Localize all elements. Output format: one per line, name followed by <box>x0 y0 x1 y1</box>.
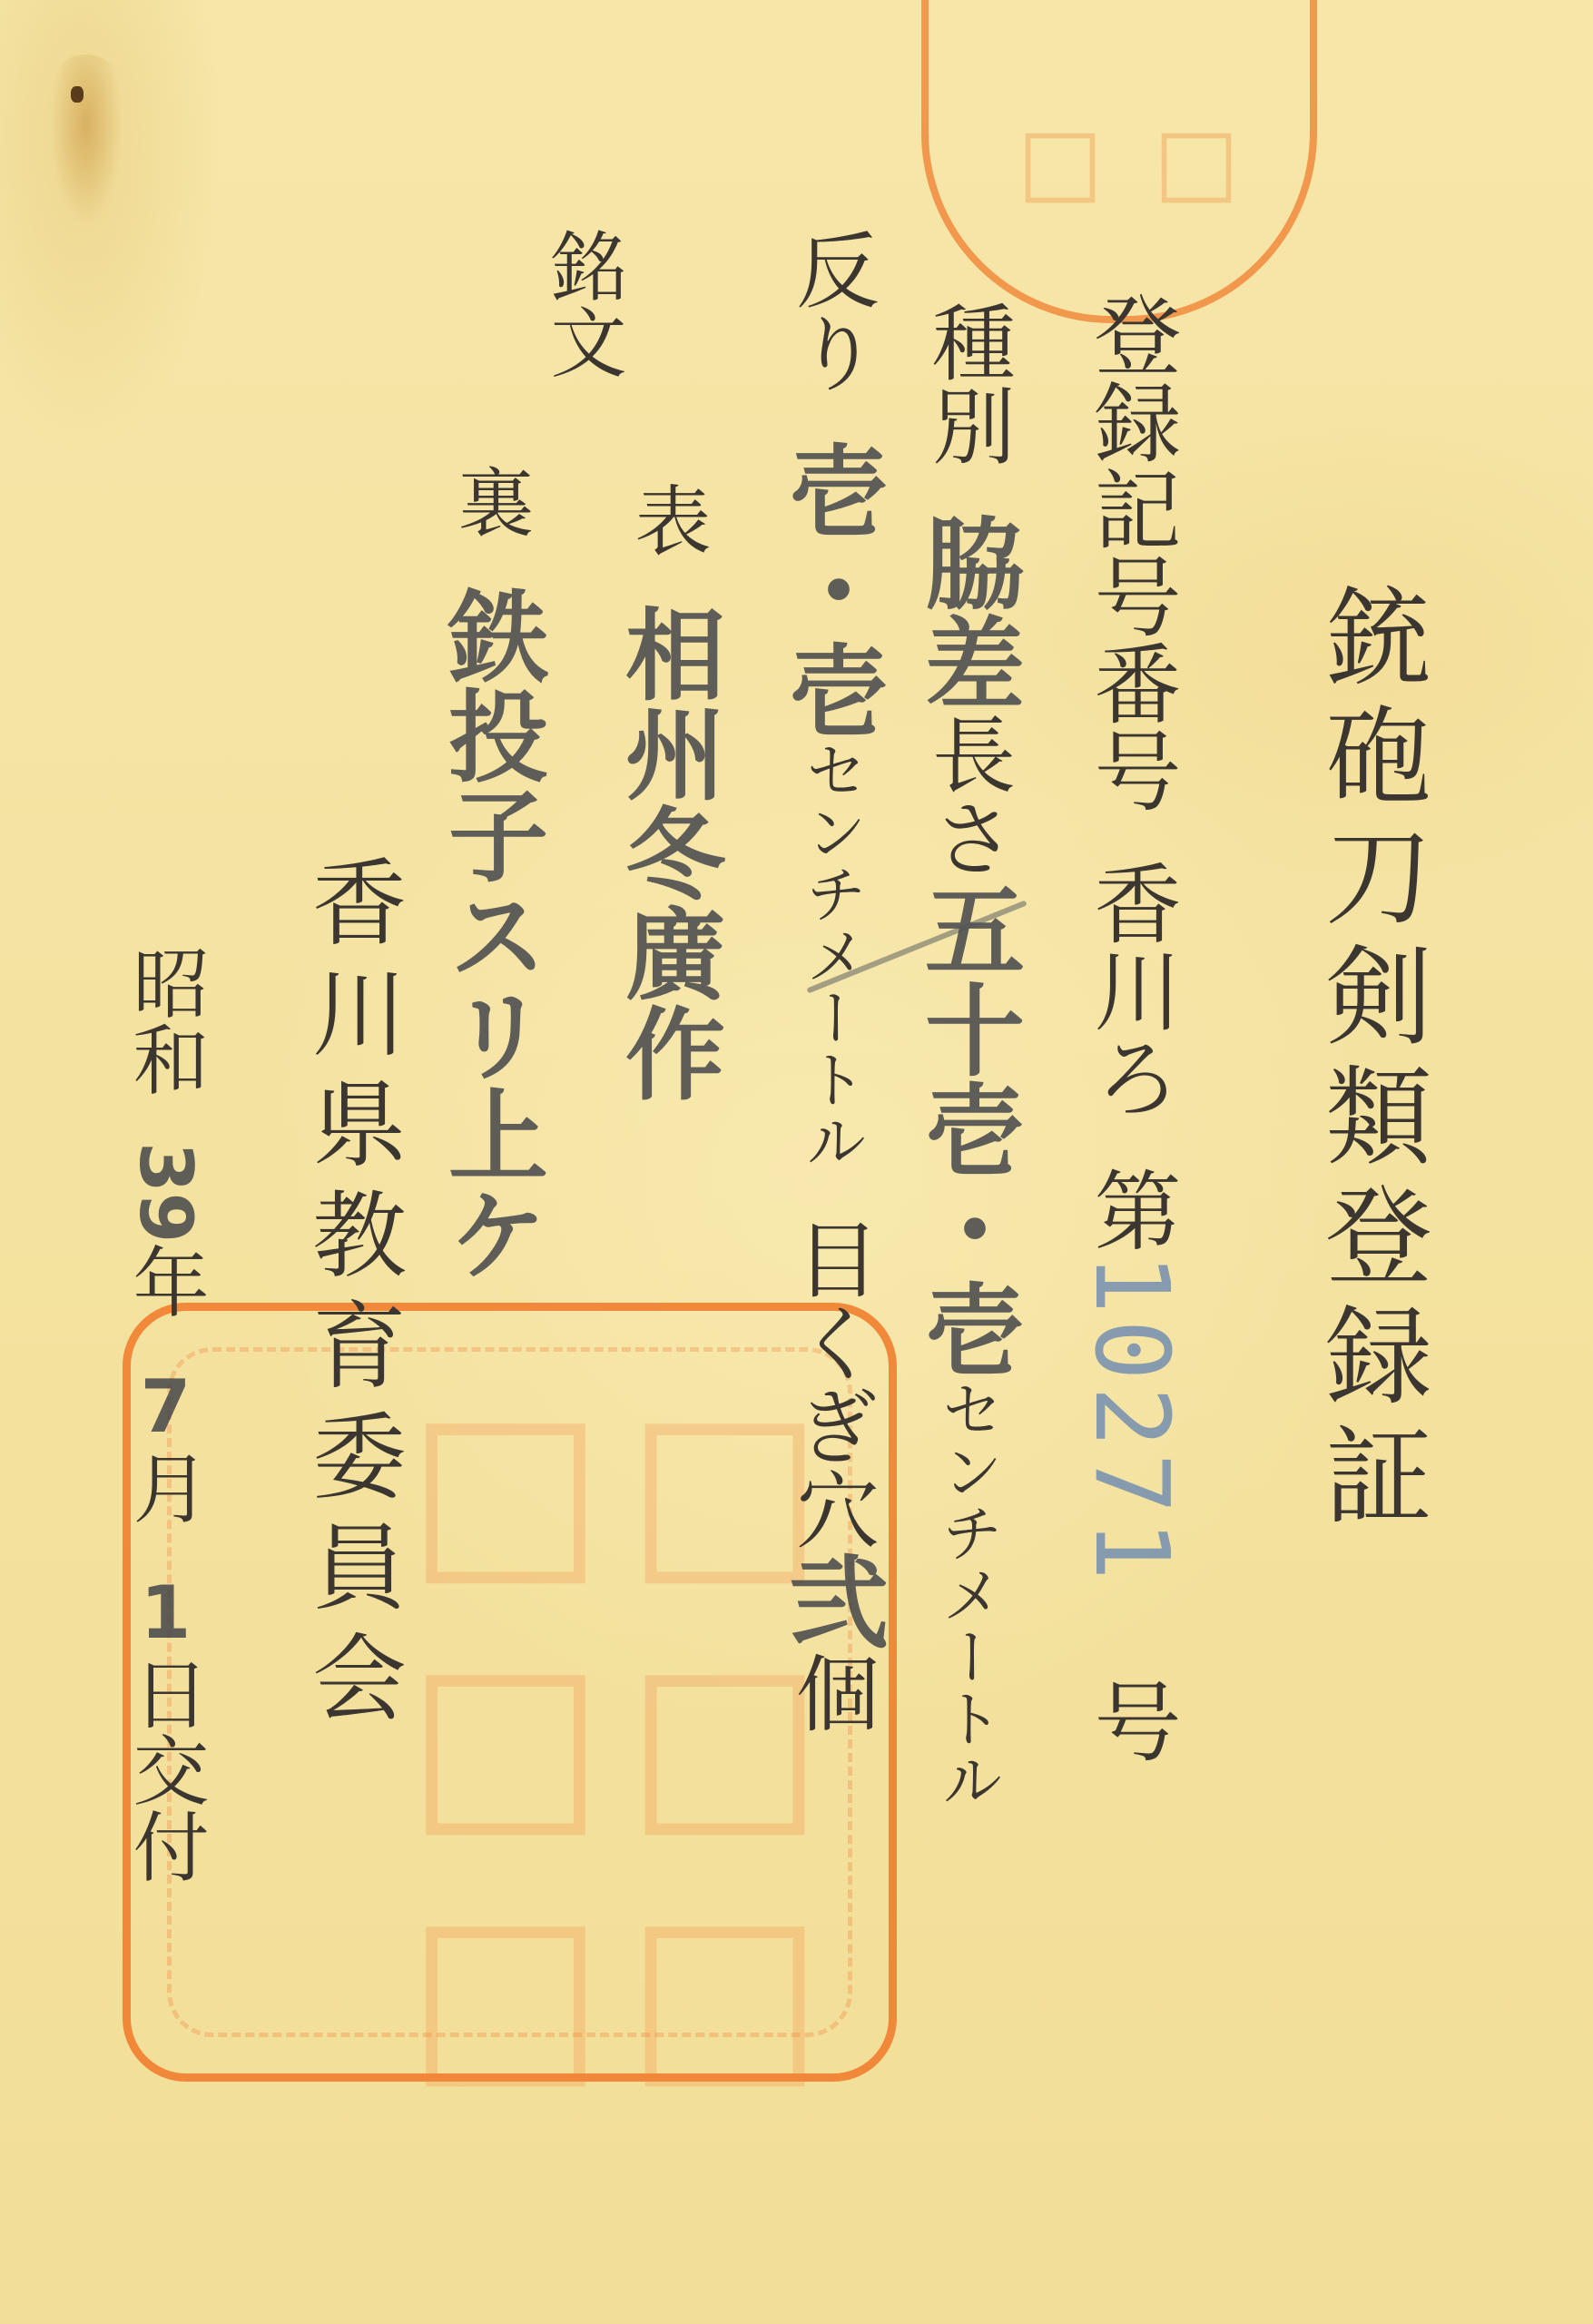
registration-label: 登録記号番号 <box>1080 290 1182 813</box>
mekugi-label: 目くぎ穴 <box>782 1216 880 1551</box>
paper-stain <box>50 54 123 227</box>
registration-number-row: 登録記号番号香川ろ第10271号 <box>1080 290 1182 1764</box>
date-era: 昭和 <box>121 944 210 1097</box>
issue-date: 昭和39年7月1日交付 <box>127 944 203 1884</box>
registration-suffix: 号 <box>1080 1677 1182 1764</box>
kind-label: 種別 <box>919 300 1016 467</box>
inscription-back-row: 裏鉄投子スリ上ケ <box>440 463 540 1284</box>
curvature-unit: センチメートル <box>795 739 867 1171</box>
length-value: 五十壱・壱 <box>909 879 1025 1378</box>
kind-value: 脇差 <box>909 512 1025 712</box>
oval-seal-glyphs: □□ <box>992 107 1264 216</box>
paper-stain-spot <box>71 86 84 103</box>
date-suffix: 交付 <box>121 1731 210 1884</box>
date-day-unit: 日 <box>121 1655 210 1731</box>
inscription-back-label: 裏 <box>446 463 535 539</box>
date-year-unit: 年 <box>121 1243 210 1319</box>
issuer: 香川県教育委員会 <box>304 853 398 1739</box>
date-month: 7 <box>123 1364 208 1449</box>
curvature-label: 反り <box>782 227 880 394</box>
certificate-title: 銃砲刀剣類登録証 <box>1316 581 1423 1540</box>
date-year: 39 <box>123 1142 208 1243</box>
oval-red-seal: □□ <box>921 0 1317 323</box>
kind-length-row: 種別脇差長さ五十壱・壱センチメートル <box>917 300 1017 1810</box>
inscription-back-value: 鉄投子スリ上ケ <box>432 585 548 1284</box>
date-day: 1 <box>123 1571 208 1655</box>
mekugi-unit: 個 <box>782 1650 880 1734</box>
inscription-front-row: 表相州冬廣作 <box>617 481 717 1102</box>
inscription-label: 銘文 <box>545 227 621 379</box>
length-label: 長さ <box>919 712 1016 879</box>
registration-prefix: 第 <box>1080 1166 1182 1253</box>
inscription-front-value: 相州冬廣作 <box>609 603 725 1102</box>
registration-number-stamp: 10271 <box>1072 1253 1190 1586</box>
length-unit: センチメートル <box>931 1378 1003 1810</box>
registration-prefecture-code: 香川ろ <box>1080 859 1182 1120</box>
square-seal-glyphs: □□□□□□ <box>185 1365 834 2019</box>
inscription-front-label: 表 <box>623 481 712 557</box>
curvature-value: 壱・壱 <box>772 439 889 739</box>
mekugi-value: 弐 <box>772 1551 889 1650</box>
date-month-unit: 月 <box>121 1449 210 1525</box>
